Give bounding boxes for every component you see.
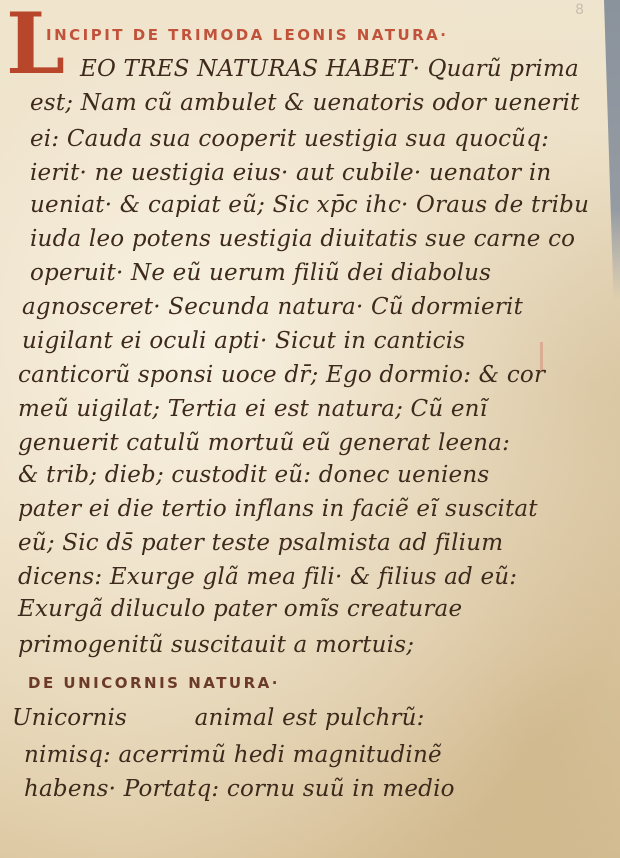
text-line: ueniat· & capiat eũ; Sic xp̄c ihc· Oraus…: [30, 192, 589, 218]
scan-edge: [604, 0, 620, 300]
text-line: Unicornis animal est pulchrũ:: [12, 705, 425, 731]
text-line: agnosceret· Secunda natura· Cũ dormierit: [22, 294, 523, 320]
text-line: canticorũ sponsi uoce dr̄; Ego dormio: &…: [18, 362, 545, 388]
text-line: meũ uigilat; Tertia ei est natura; Cũ en…: [18, 396, 487, 422]
text-line: eũ; Sic ds̄ pater teste psalmista ad fil…: [18, 530, 503, 556]
rubric-title-unicorn: DE UNICORNIS NATURA·: [28, 670, 280, 696]
text-line: genuerit catulũ mortuũ eũ generat leena:: [18, 430, 510, 456]
text-line: nimisq: acerrimũ hedi magnitudinẽ: [24, 742, 442, 768]
text-line: est; Nam cũ ambulet & uenatoris odor uen…: [30, 90, 580, 116]
text-line: iuda leo potens uestigia diuitatis sue c…: [30, 226, 575, 252]
text-line: ei: Cauda sua cooperit uestigia sua quoc…: [30, 126, 549, 152]
text-line: habens· Portatq: cornu suũ in medio: [24, 776, 455, 802]
folio-mark: 8: [575, 2, 584, 18]
text-line: operuit· Ne eũ uerum filiũ dei diabolus: [30, 260, 491, 286]
text-line: EO TRES NATURAS HABET· Quarũ prima: [80, 56, 579, 82]
text-line: Exurgã diluculo pater omĩs creaturae: [18, 596, 462, 622]
text-line: ierit· ne uestigia eius· aut cubile· uen…: [30, 160, 551, 186]
text-line: & trib; dieb; custodit eũ: donec ueniens: [18, 462, 489, 488]
text-line: primogenitũ suscitauit a mortuis;: [18, 632, 414, 658]
text-line: dicens: Exurge glã mea fili· & filius ad…: [18, 564, 517, 590]
text-line: pater ei die tertio inflans in faciẽ eĩ …: [18, 496, 538, 522]
rubric-title-leo: INCIPIT DE TRIMODA LEONIS NATURA·: [46, 22, 448, 48]
text-line: uigilant ei oculi apti· Sicut in cantici…: [22, 328, 465, 354]
manuscript-page: 8 L INCIPIT DE TRIMODA LEONIS NATURA· EO…: [0, 0, 620, 858]
